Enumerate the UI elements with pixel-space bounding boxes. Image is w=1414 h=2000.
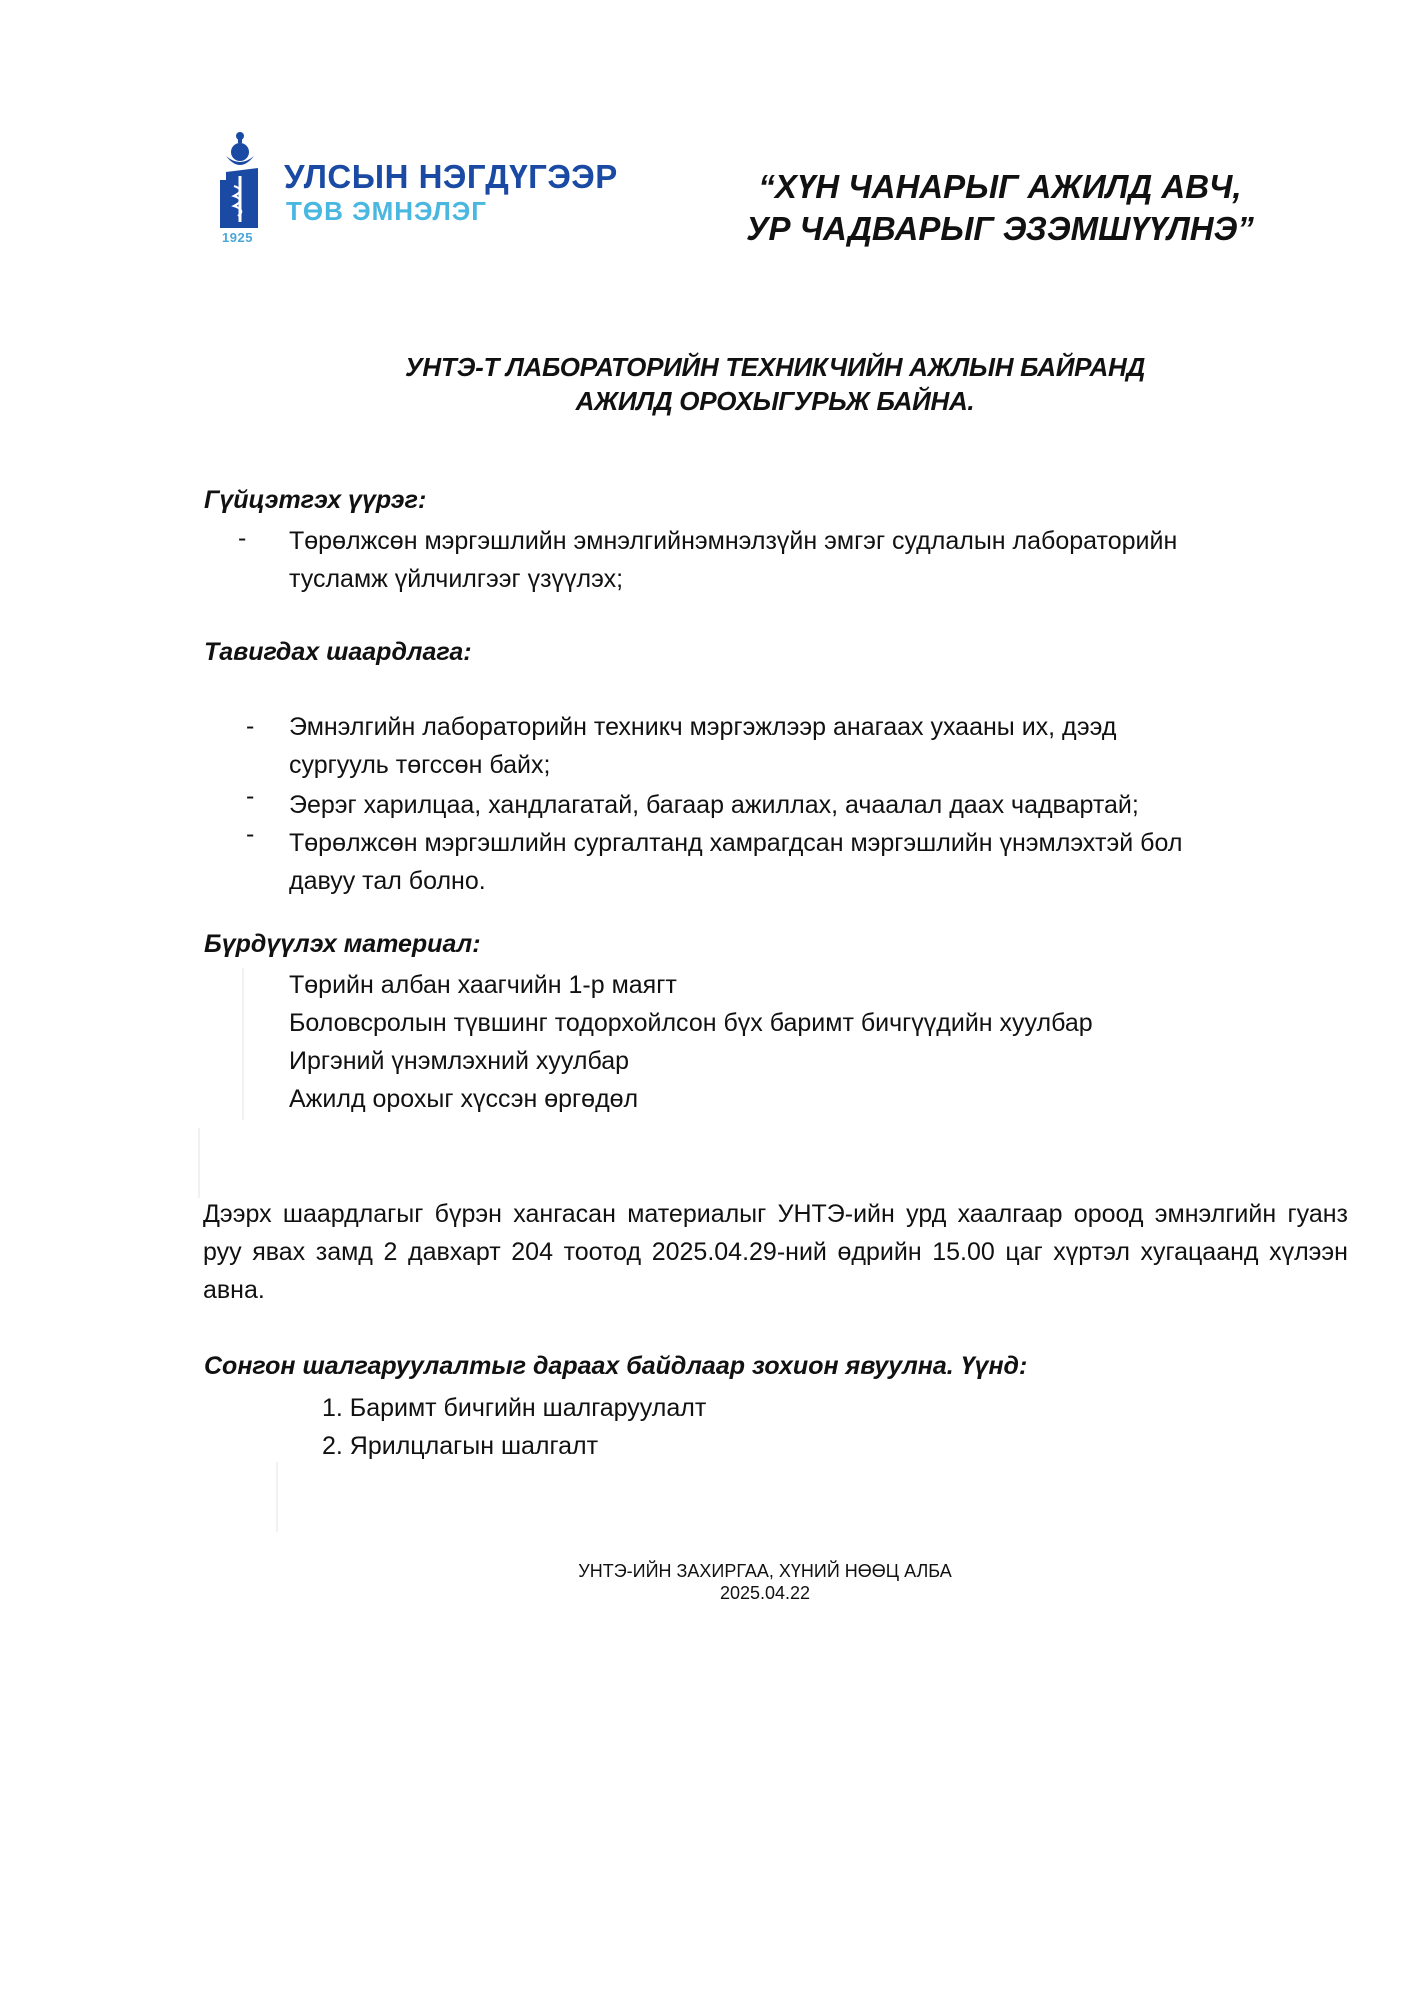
list-item: Иргэний үнэмлэхний хуулбар <box>289 1042 1093 1080</box>
list-item: Эмнэлгийн лабораторийн техникч мэргэжлээ… <box>289 708 1116 784</box>
list-item-line: тусламж үйлчилгээг үзүүлэх; <box>289 560 1177 598</box>
page-title: УНТЭ-Т ЛАБОРАТОРИЙН ТЕХНИКЧИЙН АЖЛЫН БАЙ… <box>250 350 1300 418</box>
list-item: Эерэг харилцаа, хандлагатай, багаар ажил… <box>289 786 1139 824</box>
page-title-line1: УНТЭ-Т ЛАБОРАТОРИЙН ТЕХНИКЧИЙН АЖЛЫН БАЙ… <box>250 350 1300 384</box>
logo-name-line1: УЛСЫН НЭГДҮГЭЭР <box>284 158 618 196</box>
logo-year: 1925 <box>222 230 253 245</box>
list-marker: - <box>246 712 254 741</box>
list-item-line: давуу тал болно. <box>289 862 1182 900</box>
submission-paragraph: Дээрх шаардлагыг бүрэн хангасан материал… <box>203 1195 1348 1309</box>
page-title-line2: АЖИЛД ОРОХЫГУРЬЖ БАЙНА. <box>250 384 1300 418</box>
list-item: Ажилд орохыг хүссэн өргөдөл <box>289 1080 1093 1118</box>
list-item: Төрийн албан хаагчийн 1-р маягт <box>289 966 1093 1004</box>
footer-department: УНТЭ-ИЙН ЗАХИРГАА, ХҮНИЙ НӨӨЦ АЛБА <box>500 1560 1030 1582</box>
list-item-line: Эерэг харилцаа, хандлагатай, багаар ажил… <box>289 786 1139 824</box>
footer: УНТЭ-ИЙН ЗАХИРГАА, ХҮНИЙ НӨӨЦ АЛБА 2025.… <box>500 1560 1030 1604</box>
list-item: Төрөлжсөн мэргэшлийн эмнэлгийнэмнэлзүйн … <box>289 522 1177 598</box>
materials-list: Төрийн албан хаагчийн 1-р маягт Боловсро… <box>289 966 1093 1118</box>
slogan-line1: “ХҮН ЧАНАРЫГ АЖИЛД АВЧ, <box>720 166 1280 208</box>
footer-date: 2025.04.22 <box>500 1582 1030 1604</box>
list-item-line: Эмнэлгийн лабораторийн техникч мэргэжлээ… <box>289 708 1116 746</box>
list-marker: - <box>238 524 246 553</box>
list-item: 1. Баримт бичгийн шалгаруулалт <box>322 1389 706 1427</box>
logo-name-line2: ТӨВ ЭМНЭЛЭГ <box>286 196 487 227</box>
slogan: “ХҮН ЧАНАРЫГ АЖИЛД АВЧ, УР ЧАДВАРЫГ ЭЗЭМ… <box>720 166 1280 250</box>
list-item-line: Төрөлжсөн мэргэшлийн сургалтанд хамрагдс… <box>289 824 1182 862</box>
selection-heading: Сонгон шалгаруулалтыг дараах байдлаар зо… <box>204 1352 1027 1381</box>
list-marker: - <box>246 820 254 849</box>
slogan-line2: УР ЧАДВАРЫГ ЭЗЭМШҮҮЛНЭ” <box>720 208 1280 250</box>
duties-heading: Гүйцэтгэх үүрэг: <box>204 486 426 515</box>
list-item-line: Төрөлжсөн мэргэшлийн эмнэлгийнэмнэлзүйн … <box>289 522 1177 560</box>
selection-list: 1. Баримт бичгийн шалгаруулалт 2. Ярилцл… <box>322 1389 706 1465</box>
list-marker: - <box>246 782 254 811</box>
divider <box>242 968 244 1120</box>
list-item: Боловсролын түвшинг тодорхойлсон бүх бар… <box>289 1004 1093 1042</box>
list-item: 2. Ярилцлагын шалгалт <box>322 1427 706 1465</box>
list-item-line: сургууль төгссөн байх; <box>289 746 1116 784</box>
requirements-heading: Тавигдах шаардлага: <box>204 638 472 667</box>
materials-heading: Бүрдүүлэх материал: <box>204 930 481 959</box>
divider <box>198 1128 200 1198</box>
list-item: Төрөлжсөн мэргэшлийн сургалтанд хамрагдс… <box>289 824 1182 900</box>
divider <box>276 1462 278 1532</box>
